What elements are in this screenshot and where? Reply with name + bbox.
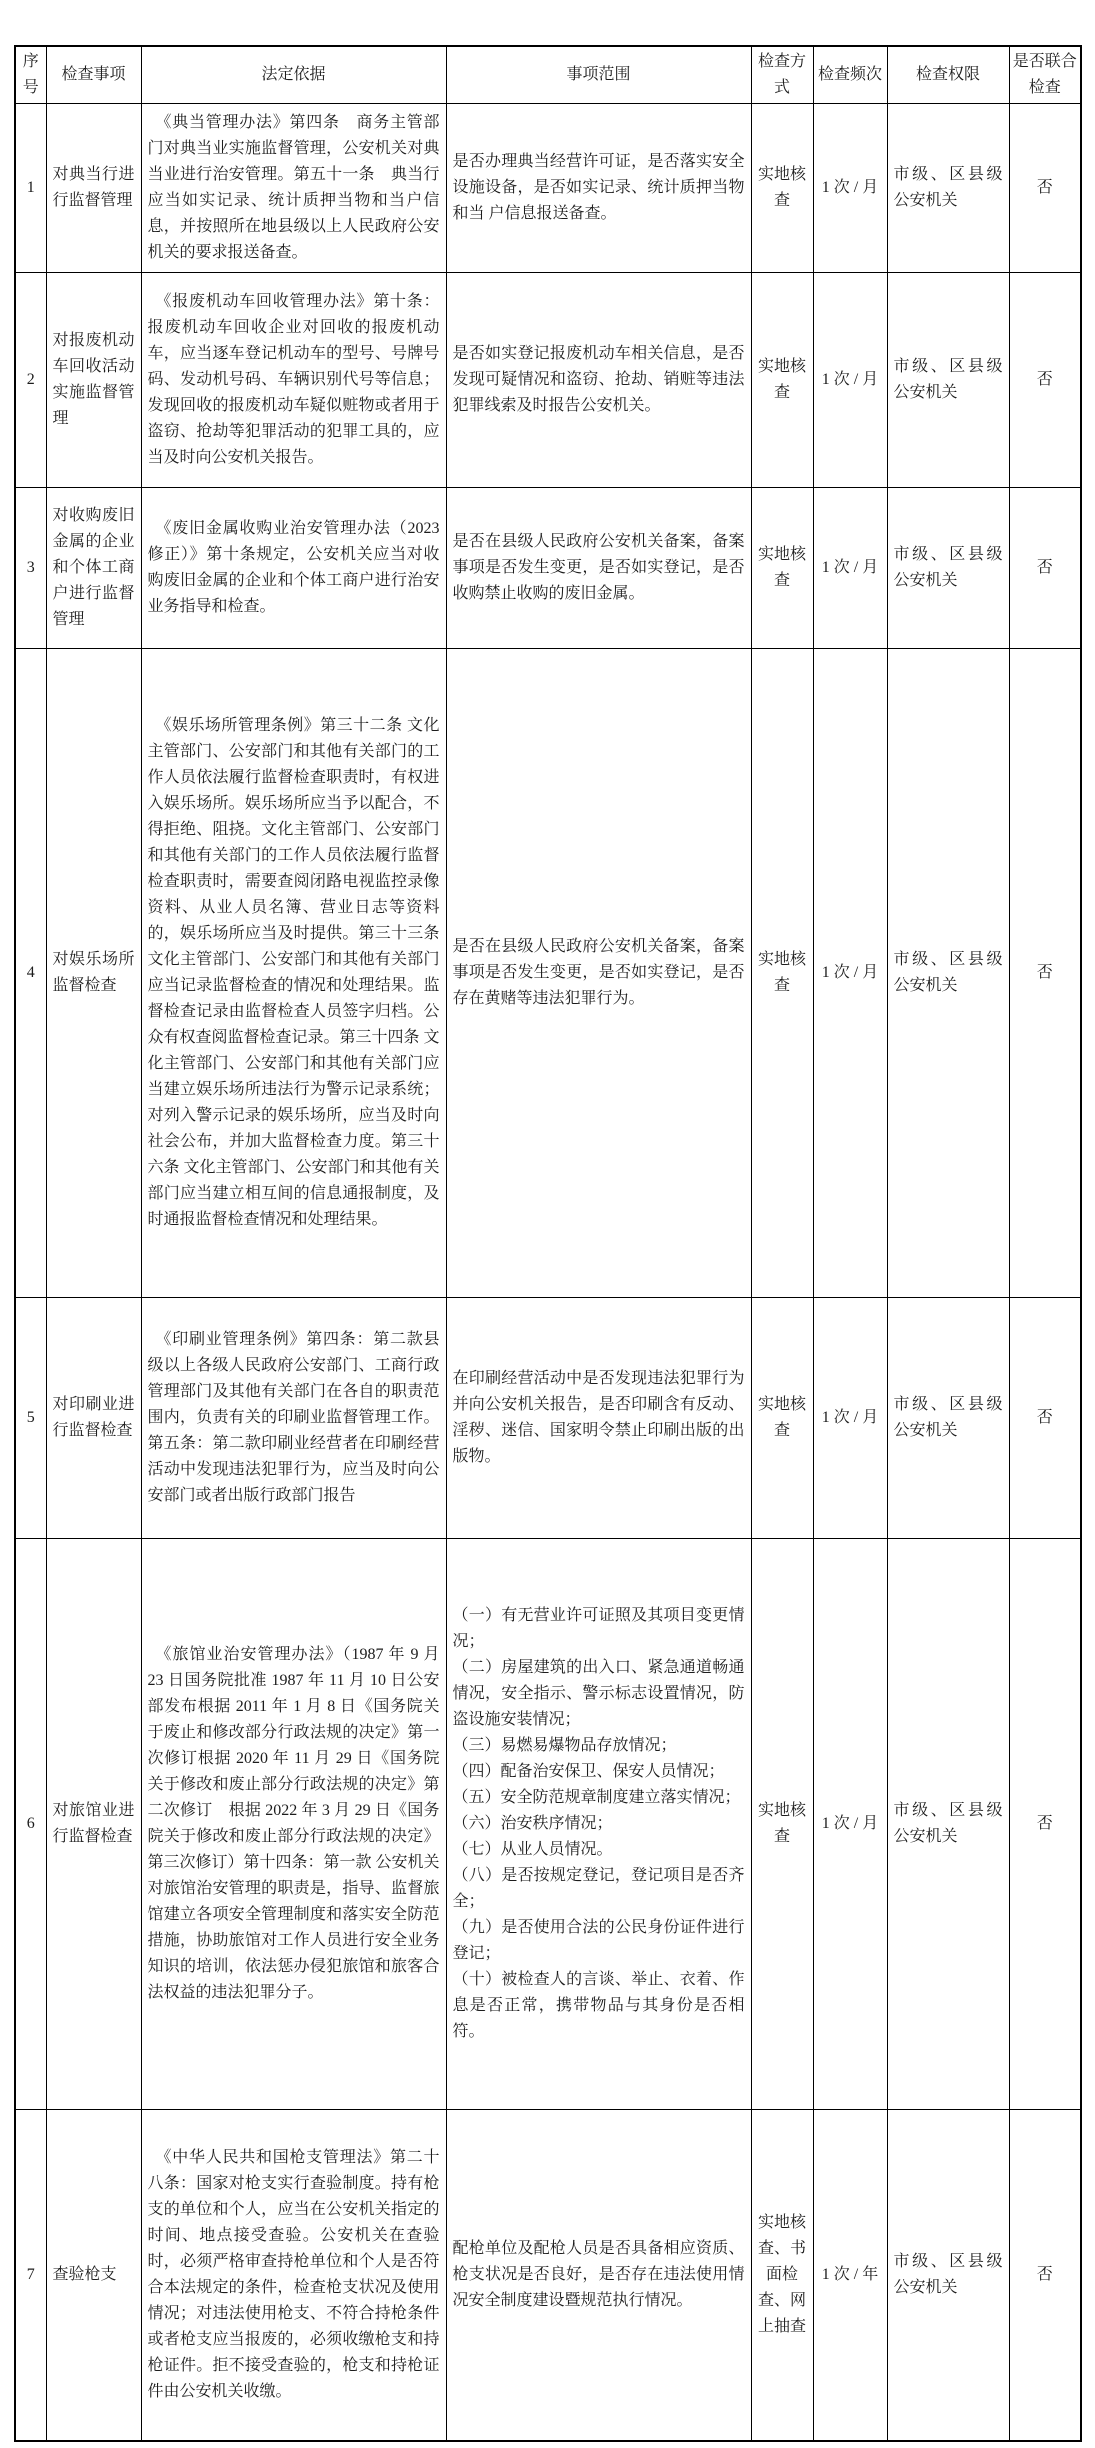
cell-inspection-method: 实地核查、书面检查、网上抽查	[751, 2110, 813, 2441]
cell-inspection-authority: 市级、区县级公安机关	[887, 2110, 1009, 2441]
cell-inspection-item: 对收购废旧金属的企业和个体工商户进行监督管理	[46, 488, 141, 649]
cell-inspection-frequency: 1 次 / 月	[813, 649, 887, 1298]
cell-inspection-frequency: 1 次 / 月	[813, 1539, 887, 2110]
header-inspection-frequency: 检查频次	[813, 46, 887, 104]
cell-inspection-method: 实地核查	[751, 649, 813, 1298]
cell-legal-basis: 《中华人民共和国枪支管理法》第二十八条：国家对枪支实行查验制度。持有枪支的单位和…	[141, 2110, 446, 2441]
cell-serial-number: 5	[15, 1298, 46, 1539]
cell-inspection-frequency: 1 次 / 年	[813, 2110, 887, 2441]
cell-matter-scope: 是否在县级人民政府公安机关备案，备案事项是否发生变更，是否如实登记，是否收购禁止…	[446, 488, 751, 649]
cell-legal-basis: 《旅馆业治安管理办法》（1987 年 9 月 23 日国务院批准 1987 年 …	[141, 1539, 446, 2110]
cell-inspection-method: 实地核查	[751, 488, 813, 649]
cell-joint-inspection: 否	[1009, 273, 1081, 488]
cell-legal-basis: 《典当管理办法》第四条 商务主管部门对典当业实施监督管理，公安机关对典当业进行治…	[141, 104, 446, 273]
header-inspection-authority: 检查权限	[887, 46, 1009, 104]
cell-inspection-method: 实地核查	[751, 1298, 813, 1539]
cell-legal-basis: 《娱乐场所管理条例》第三十二条 文化主管部门、公安部门和其他有关部门的工作人员依…	[141, 649, 446, 1298]
header-inspection-item: 检查事项	[46, 46, 141, 104]
cell-joint-inspection: 否	[1009, 104, 1081, 273]
cell-inspection-frequency: 1 次 / 月	[813, 488, 887, 649]
header-serial-number: 序号	[15, 46, 46, 104]
header-joint-inspection: 是否联合检查	[1009, 46, 1081, 104]
cell-inspection-authority: 市级、区县级公安机关	[887, 488, 1009, 649]
cell-inspection-item: 对报废机动车回收活动实施监督管理	[46, 273, 141, 488]
table-row: 3 对收购废旧金属的企业和个体工商户进行监督管理 《废旧金属收购业治安管理办法（…	[15, 488, 1081, 649]
cell-matter-scope: 在印刷经营活动中是否发现违法犯罪行为并向公安机关报告，是否印刷含有反动、淫秽、迷…	[446, 1298, 751, 1539]
table-header-row: 序号 检查事项 法定依据 事项范围 检查方式 检查频次 检查权限 是否联合检查	[15, 46, 1081, 104]
cell-joint-inspection: 否	[1009, 649, 1081, 1298]
cell-inspection-item: 对旅馆业进行监督检查	[46, 1539, 141, 2110]
cell-inspection-item: 对印刷业进行监督检查	[46, 1298, 141, 1539]
cell-matter-scope: 配枪单位及配枪人员是否具备相应资质、枪支状况是否良好，是否存在违法使用情况安全制…	[446, 2110, 751, 2441]
cell-inspection-authority: 市级、区县级公安机关	[887, 1539, 1009, 2110]
cell-inspection-item: 对娱乐场所监督检查	[46, 649, 141, 1298]
table-row: 7 查验枪支 《中华人民共和国枪支管理法》第二十八条：国家对枪支实行查验制度。持…	[15, 2110, 1081, 2441]
cell-inspection-method: 实地核查	[751, 104, 813, 273]
cell-legal-basis: 《印刷业管理条例》第四条：第二款县级以上各级人民政府公安部门、工商行政管理部门及…	[141, 1298, 446, 1539]
cell-serial-number: 2	[15, 273, 46, 488]
header-legal-basis: 法定依据	[141, 46, 446, 104]
table-row: 4 对娱乐场所监督检查 《娱乐场所管理条例》第三十二条 文化主管部门、公安部门和…	[15, 649, 1081, 1298]
cell-inspection-frequency: 1 次 / 月	[813, 1298, 887, 1539]
cell-inspection-method: 实地核查	[751, 1539, 813, 2110]
cell-matter-scope: （一）有无营业许可证照及其项目变更情况； （二）房屋建筑的出入口、紧急通道畅通情…	[446, 1539, 751, 2110]
cell-serial-number: 7	[15, 2110, 46, 2441]
cell-inspection-authority: 市级、区县级公安机关	[887, 104, 1009, 273]
inspection-table: 序号 检查事项 法定依据 事项范围 检查方式 检查频次 检查权限 是否联合检查 …	[14, 45, 1082, 2442]
cell-inspection-item: 对典当行进行监督管理	[46, 104, 141, 273]
cell-serial-number: 1	[15, 104, 46, 273]
cell-joint-inspection: 否	[1009, 488, 1081, 649]
document-page: 序号 检查事项 法定依据 事项范围 检查方式 检查频次 检查权限 是否联合检查 …	[0, 0, 1095, 2448]
cell-joint-inspection: 否	[1009, 1539, 1081, 2110]
table-row: 2 对报废机动车回收活动实施监督管理 《报废机动车回收管理办法》第十条：报废机动…	[15, 273, 1081, 488]
table-row: 6 对旅馆业进行监督检查 《旅馆业治安管理办法》（1987 年 9 月 23 日…	[15, 1539, 1081, 2110]
cell-inspection-authority: 市级、区县级公安机关	[887, 649, 1009, 1298]
table-row: 5 对印刷业进行监督检查 《印刷业管理条例》第四条：第二款县级以上各级人民政府公…	[15, 1298, 1081, 1539]
cell-serial-number: 3	[15, 488, 46, 649]
cell-inspection-authority: 市级、区县级公安机关	[887, 1298, 1009, 1539]
header-inspection-method: 检查方式	[751, 46, 813, 104]
cell-joint-inspection: 否	[1009, 2110, 1081, 2441]
cell-inspection-authority: 市级、区县级公安机关	[887, 273, 1009, 488]
cell-legal-basis: 《报废机动车回收管理办法》第十条：报废机动车回收企业对回收的报废机动车，应当逐车…	[141, 273, 446, 488]
cell-serial-number: 4	[15, 649, 46, 1298]
table-row: 1 对典当行进行监督管理 《典当管理办法》第四条 商务主管部门对典当业实施监督管…	[15, 104, 1081, 273]
cell-matter-scope: 是否办理典当经营许可证，是否落实安全设施设备，是否如实记录、统计质押当物和当 户…	[446, 104, 751, 273]
cell-inspection-frequency: 1 次 / 月	[813, 273, 887, 488]
cell-joint-inspection: 否	[1009, 1298, 1081, 1539]
cell-matter-scope: 是否在县级人民政府公安机关备案，备案事项是否发生变更，是否如实登记，是否存在黄赌…	[446, 649, 751, 1298]
cell-legal-basis: 《废旧金属收购业治安管理办法（2023 修正）》第十条规定，公安机关应当对收购废…	[141, 488, 446, 649]
cell-inspection-method: 实地核查	[751, 273, 813, 488]
cell-serial-number: 6	[15, 1539, 46, 2110]
header-matter-scope: 事项范围	[446, 46, 751, 104]
cell-inspection-frequency: 1 次 / 月	[813, 104, 887, 273]
cell-inspection-item: 查验枪支	[46, 2110, 141, 2441]
cell-matter-scope: 是否如实登记报废机动车相关信息，是否发现可疑情况和盗窃、抢劫、销赃等违法犯罪线索…	[446, 273, 751, 488]
